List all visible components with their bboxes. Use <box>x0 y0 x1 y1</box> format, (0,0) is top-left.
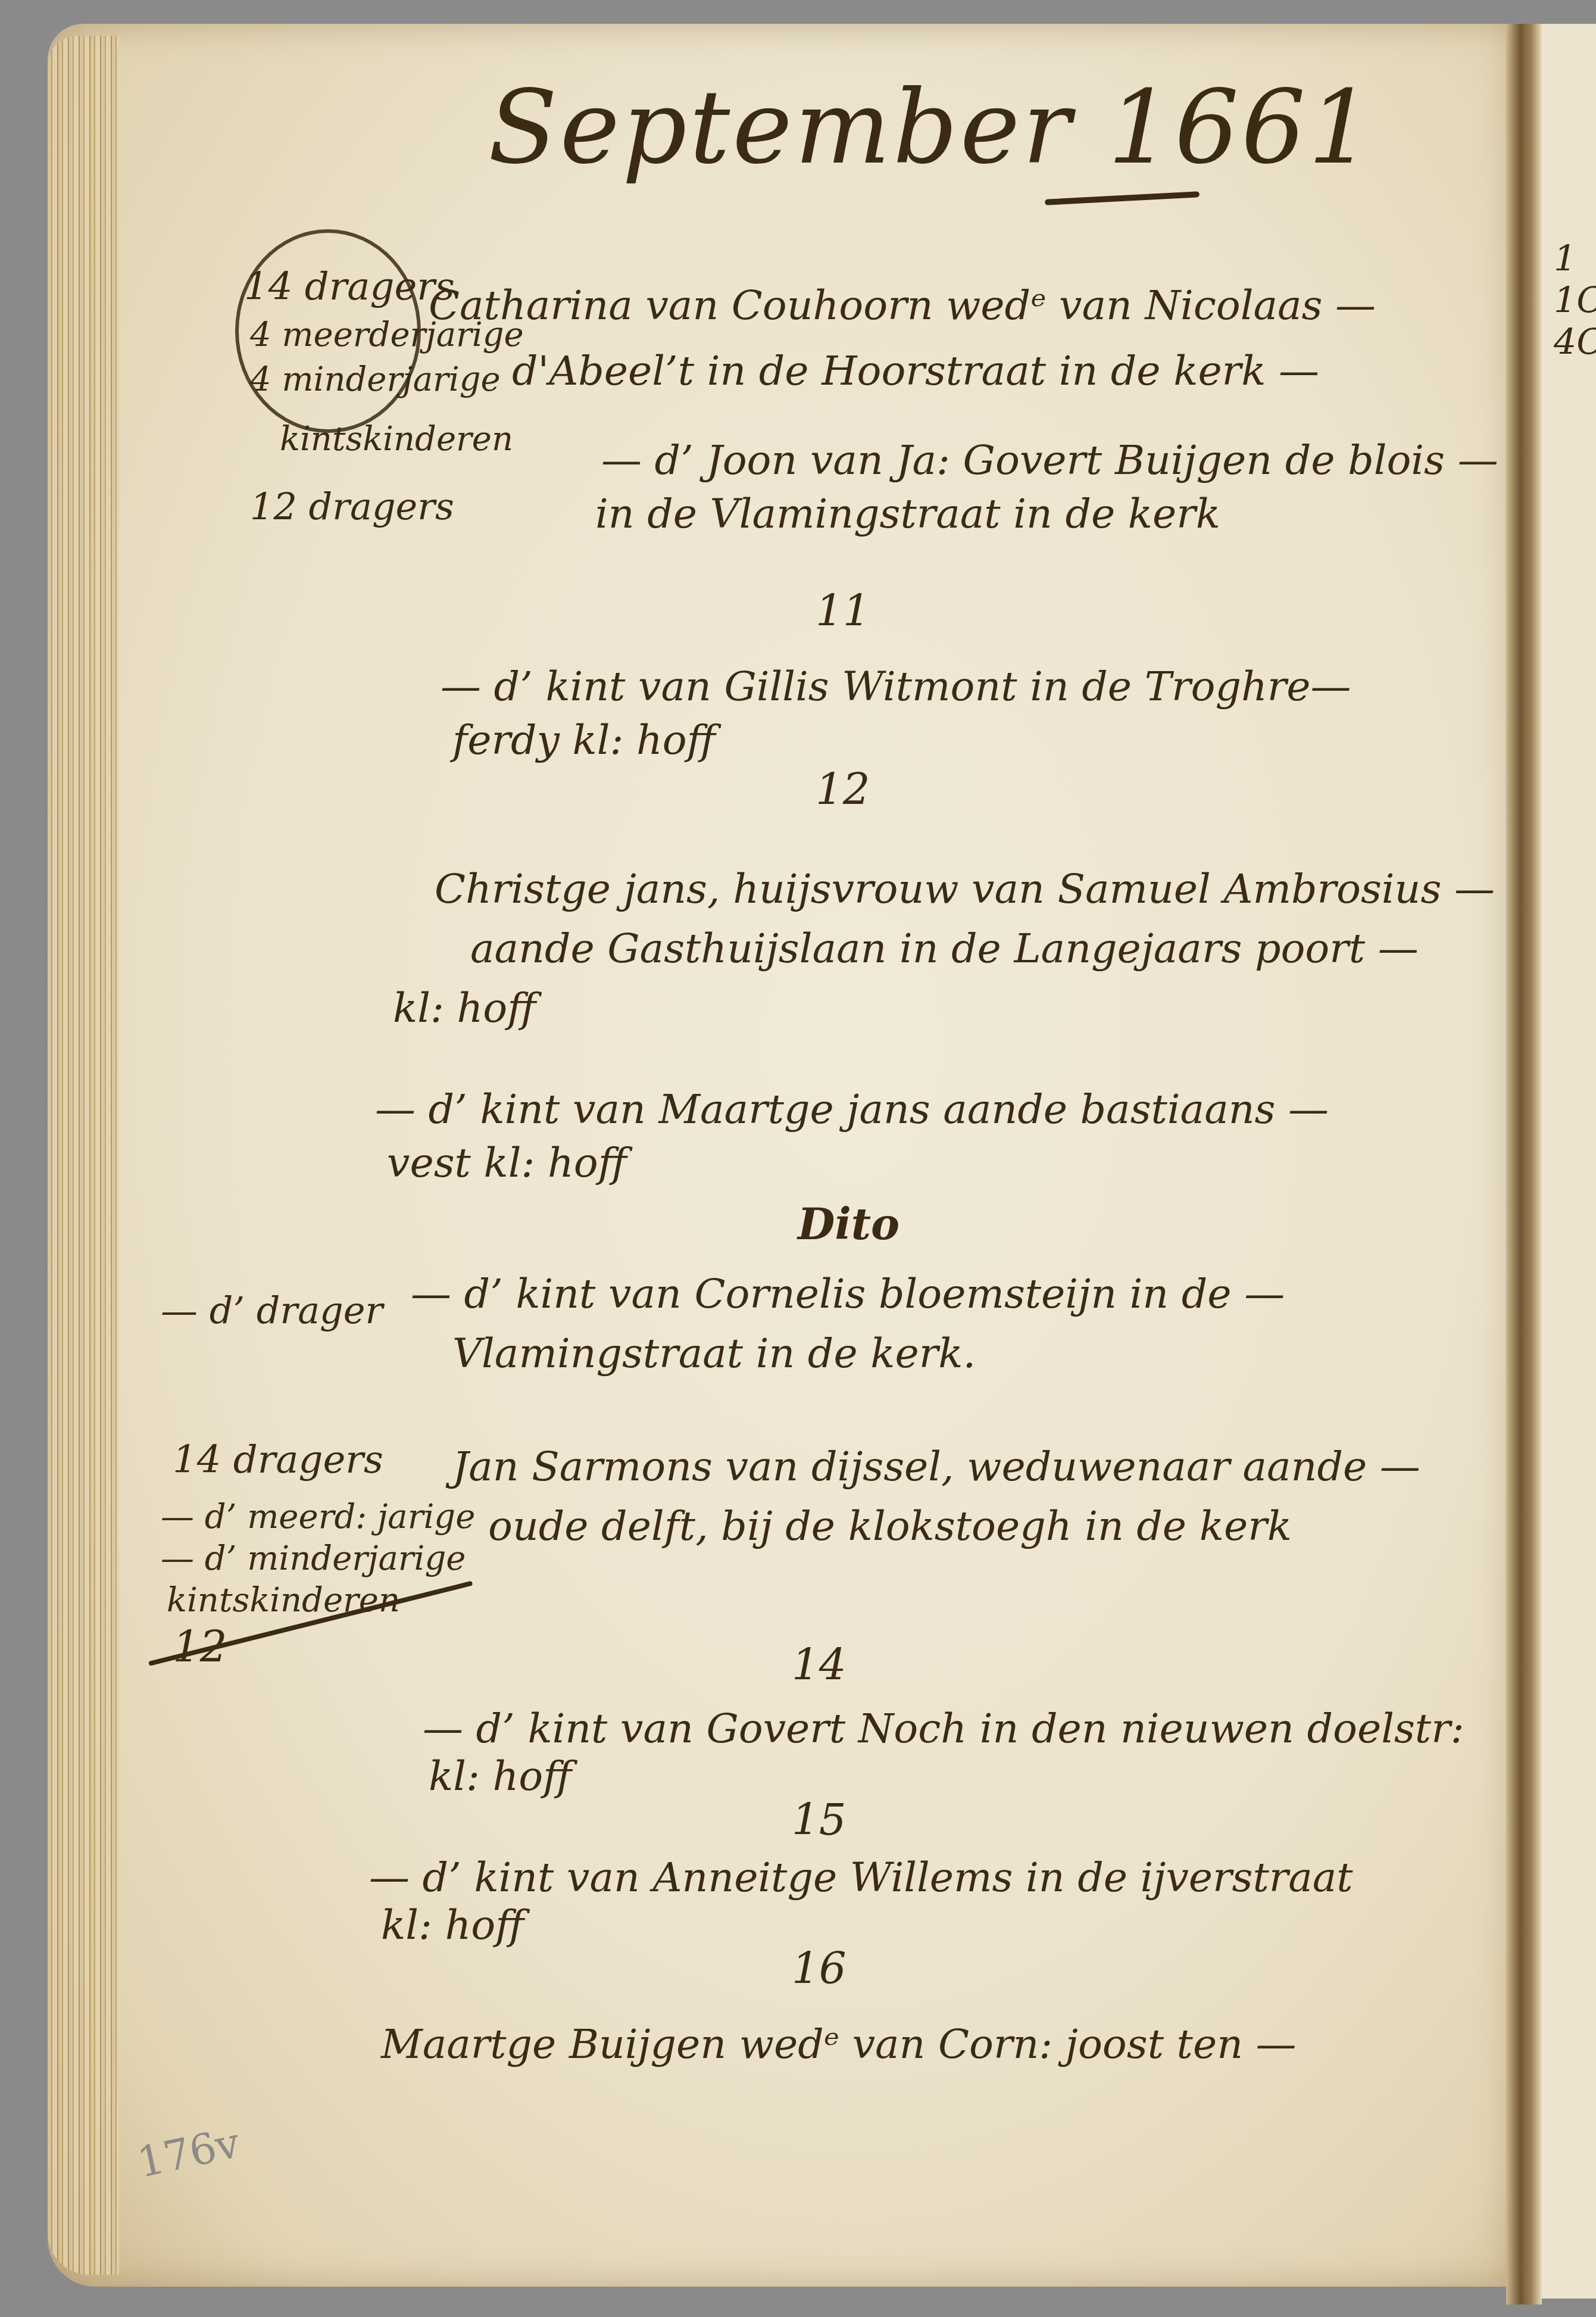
entry-line: — d’ kint van Anneitge Willems in de ijv… <box>369 1858 1353 1898</box>
margin-note: — d’ minderjarige <box>161 1542 466 1576</box>
page-title: September 1661 <box>488 77 1375 179</box>
entry-line: — d’ kint van Govert Noch in den nieuwen… <box>423 1709 1464 1750</box>
entry-line: Catharina van Couhoorn wedᵉ van Nicolaas… <box>429 286 1376 326</box>
entry-line: Christge jans, huijsvrouw van Samuel Amb… <box>435 869 1495 910</box>
margin-note: — d’ drager <box>161 1292 383 1329</box>
entry-line: — d’ kint van Cornelis bloemsteijn in de… <box>411 1274 1285 1315</box>
date-heading: 15 <box>792 1798 847 1841</box>
date-heading: 16 <box>792 1947 847 1990</box>
margin-note: 14 dragers <box>244 268 455 306</box>
page-edge-stack <box>48 36 119 2275</box>
facing-page-mark: 4C <box>1554 322 1596 363</box>
entry-line: — d’ Joon van Ja: Govert Buijgen de bloi… <box>601 441 1498 481</box>
facing-page: 1 1C 4C <box>1542 24 1596 2299</box>
entry-line: d'Abeel’t in de Hoorstraat in de kerk — <box>512 351 1319 392</box>
entry-line: aande Gasthuijslaan in de Langejaars poo… <box>470 929 1419 969</box>
facing-page-mark: 1 <box>1554 238 1576 280</box>
entry-line: in de Vlamingstraat in de kerk <box>595 494 1220 535</box>
entry-line: ferdy kl: hoff <box>452 721 716 761</box>
entry-line: — d’ kint van Maartge jans aande bastiaa… <box>375 1090 1329 1130</box>
entry-line: — d’ kint van Gillis Witmont in de Trogh… <box>441 667 1351 707</box>
facing-page-mark: 1C <box>1554 280 1596 322</box>
margin-note: kintskinderen <box>167 1584 400 1617</box>
entry-line: oude delft, bij de klokstoegh in de kerk <box>488 1507 1292 1547</box>
margin-note: 14 dragers <box>173 1441 383 1479</box>
date-heading: Dito <box>798 1203 899 1246</box>
margin-note: kintskinderen <box>280 423 513 456</box>
entry-line: Vlamingstraat in de kerk. <box>452 1334 976 1374</box>
margin-note: — d’ meerd: jarige <box>161 1501 475 1534</box>
entry-line: kl: hoff <box>381 1906 524 1946</box>
date-heading: 14 <box>792 1644 847 1686</box>
margin-note: 4 minderjarige <box>250 363 501 397</box>
entry-line: Jan Sarmons van dijssel, weduwenaar aand… <box>452 1447 1420 1488</box>
date-heading: 12 <box>816 768 870 811</box>
margin-note: 12 dragers <box>250 488 454 525</box>
entry-line: kl: hoff <box>393 988 536 1029</box>
date-heading: 11 <box>816 590 870 632</box>
entry-line: kl: hoff <box>429 1757 571 1797</box>
entry-line: Maartge Buijgen wedᵉ van Corn: joost ten… <box>381 2025 1297 2065</box>
entry-line: vest kl: hoff <box>387 1143 627 1184</box>
book-gutter <box>1506 24 1542 2304</box>
